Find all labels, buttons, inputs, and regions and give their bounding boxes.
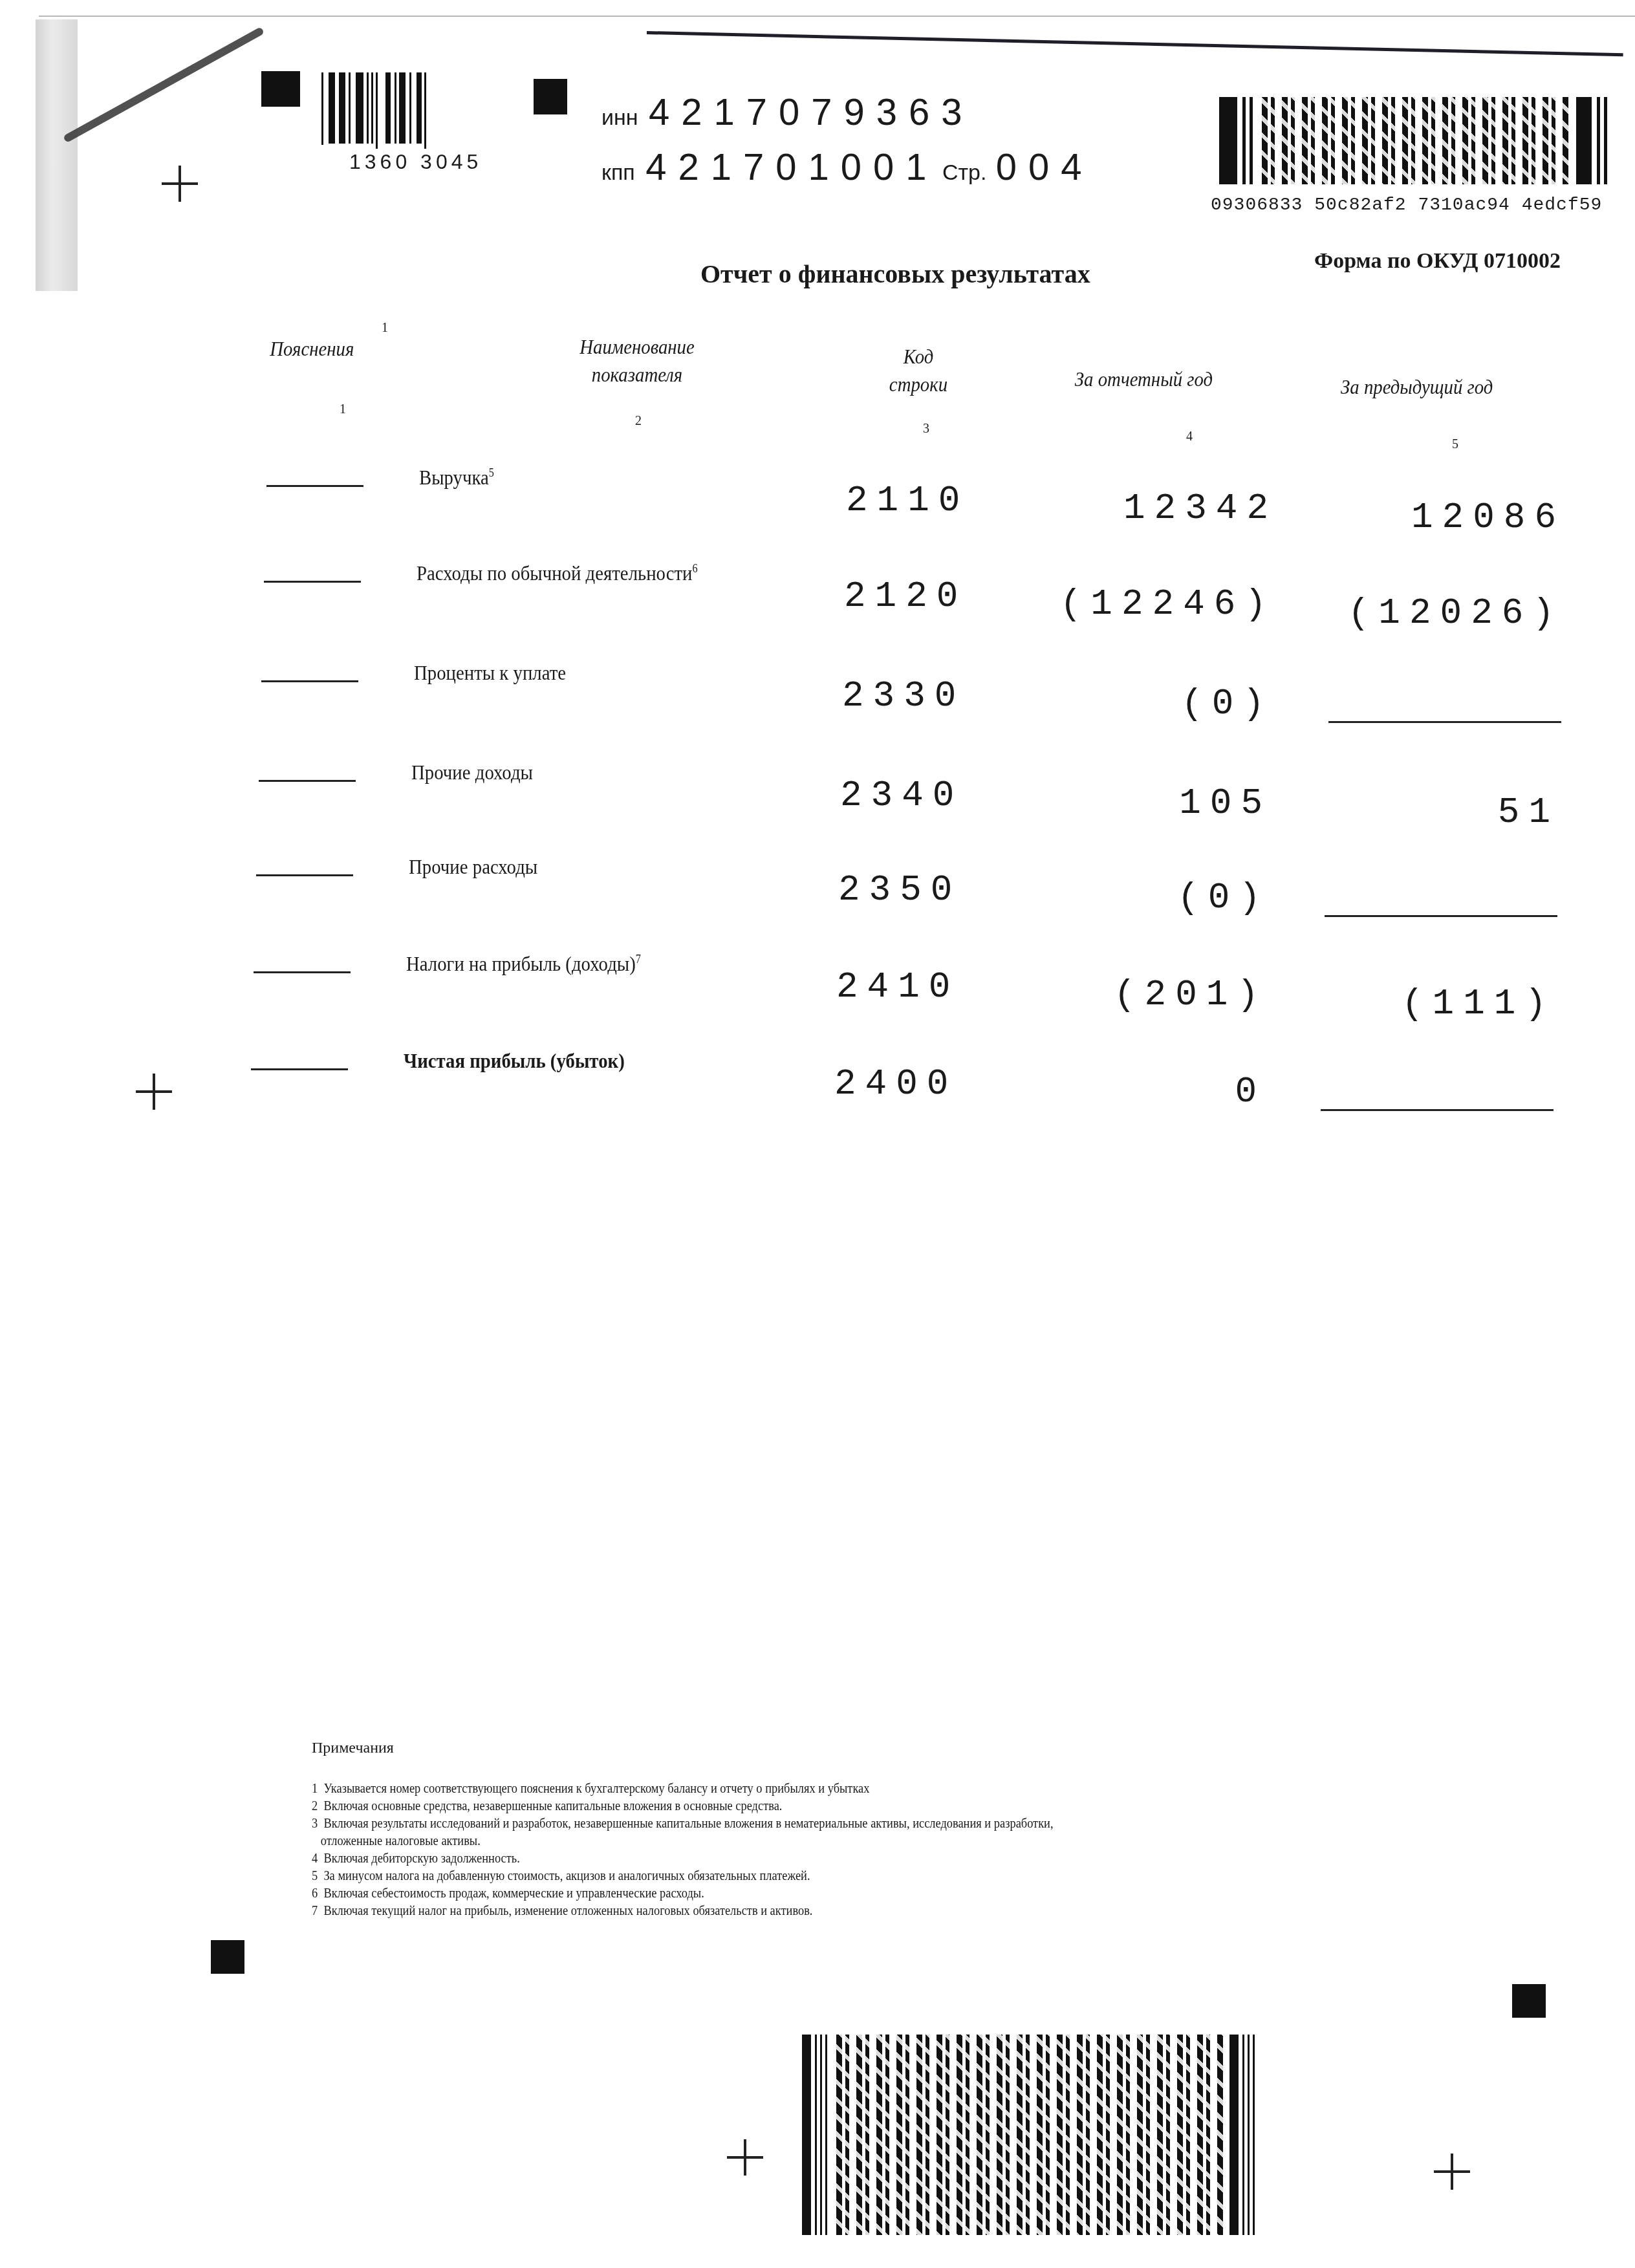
crosshair-icon — [162, 166, 198, 202]
previous-year-value-empty-dash — [1325, 915, 1557, 917]
footnote-ref: 6 — [692, 562, 697, 575]
current-year-value: 12342 — [1123, 488, 1277, 529]
explanation-dash — [266, 485, 363, 487]
col-header-indicator: Наименование показателя — [561, 333, 713, 389]
inn-row: ИНН 4217079363 — [601, 91, 974, 134]
col-header-code-line2: строки — [883, 371, 953, 398]
current-year-value: 105 — [1179, 783, 1272, 824]
col-header-code-line1: Код — [883, 343, 953, 371]
note-item: 5 За минусом налога на добавленную стоим… — [312, 1868, 1054, 1885]
explanation-dash — [256, 874, 353, 876]
scan-fold-line — [63, 27, 265, 143]
note-item: отложенные налоговые активы. — [312, 1833, 1054, 1850]
note-item: 3 Включая результаты исследований и разр… — [312, 1815, 1054, 1833]
previous-year-value: 12086 — [1411, 497, 1565, 538]
explanation-dash — [259, 780, 356, 782]
explanation-dash — [254, 971, 351, 973]
page-title: Отчет о финансовых результатах — [700, 259, 1090, 289]
col-number-4: 4 — [1186, 429, 1193, 444]
previous-year-value-empty-dash — [1321, 1109, 1554, 1111]
row-code: 2400 — [834, 1063, 957, 1105]
col-header-indicator-line1: Наименование — [561, 333, 713, 361]
previous-year-value-empty-dash — [1328, 721, 1561, 723]
explanation-dash — [264, 581, 361, 583]
inn-value: 4217079363 — [649, 91, 974, 133]
alignment-marker — [1512, 1984, 1546, 2018]
previous-year-value: (111) — [1402, 983, 1555, 1024]
explanation-dash — [251, 1068, 348, 1070]
frame-line — [647, 31, 1623, 56]
indicator-name: Прочие расходы — [409, 855, 537, 879]
col-header-previous-year: За предыдущий год — [1341, 373, 1493, 401]
col-number-1: 1 — [340, 402, 346, 417]
kpp-label: КПП — [601, 160, 635, 185]
col-number-2: 2 — [635, 414, 642, 429]
current-year-value: (0) — [1177, 877, 1270, 918]
indicator-name: Прочие доходы — [411, 761, 533, 784]
indicator-name: Расходы по обычной деятельности6 — [417, 561, 698, 585]
note-item: 1 Указывается номер соответствующего поя… — [312, 1780, 1054, 1798]
col-header-explanations: Пояснения — [270, 335, 354, 363]
explanation-dash — [261, 680, 358, 682]
inn-label: ИНН — [601, 105, 638, 130]
code-hash: 09306833 50c82af2 7310ac94 4edcf59 — [1211, 195, 1602, 215]
scan-shadow — [36, 19, 78, 291]
alignment-marker — [534, 79, 567, 114]
notes-section: Примечания 1 Указывается номер соответст… — [312, 1740, 1118, 1920]
note-item: 4 Включая дебиторскую задолженность. — [312, 1850, 1054, 1868]
page-number: 004 — [996, 146, 1094, 188]
pdf417-code-bottom — [802, 2035, 1255, 2235]
footnote-ref: 5 — [489, 466, 494, 479]
row-code: 2330 — [842, 675, 965, 717]
current-year-value: 0 — [1235, 1071, 1266, 1112]
previous-year-value: 51 — [1498, 792, 1559, 833]
col-header-current-year: За отчетный год — [1075, 365, 1213, 393]
alignment-marker — [211, 1940, 244, 1974]
crosshair-icon — [136, 1074, 172, 1110]
notes-list: 1 Указывается номер соответствующего поя… — [312, 1780, 1118, 1920]
pdf417-code — [1219, 97, 1607, 184]
col1-superscript: 1 — [382, 321, 388, 336]
previous-year-value: (12026) — [1348, 592, 1563, 634]
row-code: 2410 — [836, 966, 959, 1008]
indicator-label: Прочие доходы — [411, 761, 533, 784]
note-item: 2 Включая основные средства, незавершенн… — [312, 1798, 1054, 1815]
indicator-label: Прочие расходы — [409, 855, 537, 878]
barcode — [321, 72, 426, 149]
current-year-value: (0) — [1181, 683, 1273, 724]
col-number-3: 3 — [923, 422, 929, 437]
indicator-label: Чистая прибыль (убыток) — [404, 1049, 625, 1072]
crosshair-icon — [727, 2139, 763, 2176]
col-number-5: 5 — [1452, 437, 1458, 452]
indicator-label: Выручка — [419, 466, 489, 489]
row-code: 2340 — [840, 775, 963, 816]
col-header-code: Код строки — [883, 343, 953, 398]
current-year-value: (201) — [1114, 974, 1268, 1015]
indicator-label: Налоги на прибыль (доходы) — [406, 952, 636, 975]
crosshair-icon — [1434, 2154, 1470, 2190]
note-item: 7 Включая текущий налог на прибыль, изме… — [312, 1903, 1054, 1920]
col-header-indicator-line2: показателя — [561, 361, 713, 389]
note-item: 6 Включая себестоимость продаж, коммерче… — [312, 1885, 1054, 1903]
scan-edge — [39, 16, 1635, 17]
row-code: 2110 — [846, 480, 969, 521]
alignment-marker — [261, 71, 300, 107]
indicator-name: Выручка5 — [419, 466, 494, 490]
kpp-value: 421701001 — [645, 146, 938, 188]
indicator-label: Расходы по обычной деятельности — [417, 561, 692, 585]
barcode-number: 1360 3045 — [349, 150, 482, 174]
row-code: 2350 — [838, 869, 961, 911]
indicator-name: Проценты к уплате — [414, 661, 566, 685]
indicator-name: Чистая прибыль (убыток) — [404, 1049, 625, 1073]
footnote-ref: 7 — [636, 953, 641, 966]
current-year-value: (12246) — [1060, 583, 1275, 625]
kpp-row: КПП 421701001 Стр. 004 — [601, 146, 1094, 189]
indicator-label: Проценты к уплате — [414, 661, 566, 684]
indicator-name: Налоги на прибыль (доходы)7 — [406, 952, 641, 976]
page-label: Стр. — [942, 160, 986, 185]
row-code: 2120 — [844, 576, 967, 617]
form-okud: Форма по ОКУД 0710002 — [1314, 249, 1561, 274]
notes-title: Примечания — [312, 1740, 1118, 1757]
